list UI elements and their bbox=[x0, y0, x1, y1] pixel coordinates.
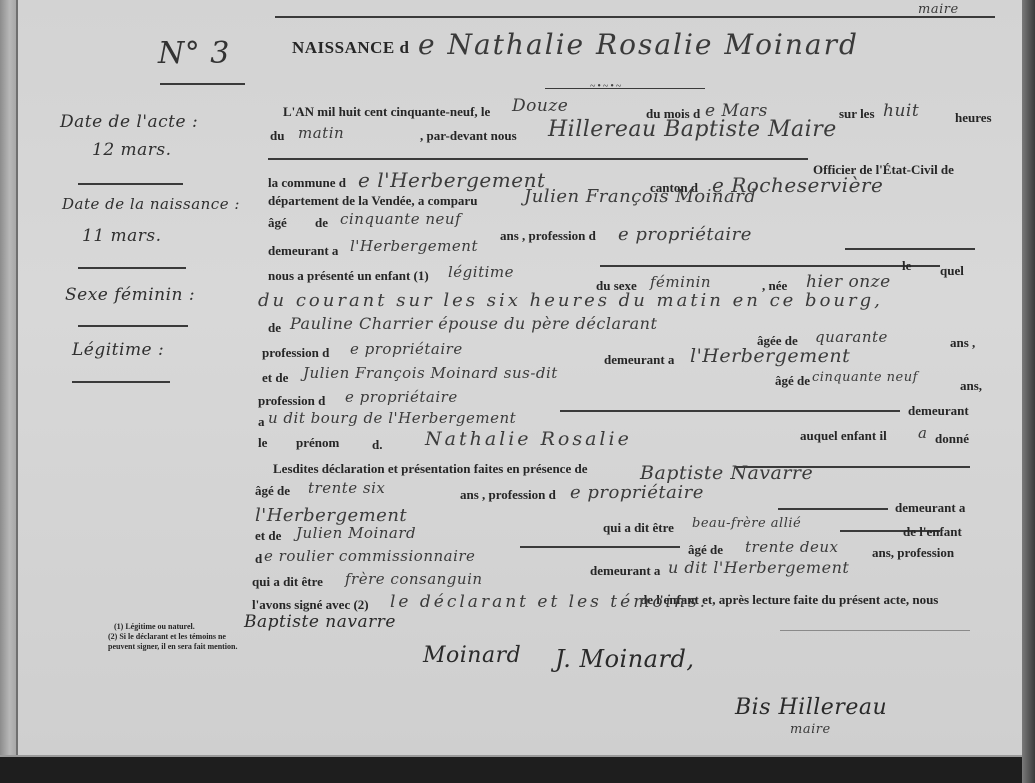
heading-ornament: ~•~•~ bbox=[590, 81, 623, 92]
hand-father-residence: u dit bourg de l'Herbergement bbox=[268, 409, 516, 427]
hand-declarant-profession: e propriétaire bbox=[618, 224, 752, 245]
margin-rule bbox=[78, 325, 188, 327]
hand-day: Douze bbox=[512, 96, 568, 116]
heading-label: NAISSANCE d bbox=[292, 38, 409, 58]
hand-mother: Pauline Charrier épouse du père déclaran… bbox=[290, 314, 657, 333]
hand-witness1-profession: e propriétaire bbox=[570, 482, 704, 503]
text-age-de: âgé de bbox=[255, 483, 290, 499]
hand-birth-time: du courant sur les six heures du matin e… bbox=[258, 290, 883, 311]
text-du: du bbox=[270, 128, 284, 144]
hand-witness2-residence: u dit l'Herbergement bbox=[668, 558, 849, 577]
text-le: le bbox=[902, 258, 911, 274]
hand-father-age: cinquante neuf bbox=[812, 370, 918, 385]
text-a: a bbox=[258, 414, 265, 430]
hand-witness1-residence: l'Herbergement bbox=[255, 505, 407, 526]
hand-witness2-profession: e roulier commissionnaire bbox=[264, 547, 475, 565]
hand-born: hier onze bbox=[806, 272, 891, 292]
text-demeurant: demeurant a bbox=[268, 243, 338, 259]
text-demeurant: demeurant a bbox=[604, 352, 674, 368]
margin-date-naissance-label: Date de la naissance : bbox=[62, 195, 240, 213]
fill-rule bbox=[560, 410, 900, 412]
register-page: maire N° 3 NAISSANCE d e Nathalie Rosali… bbox=[0, 0, 1022, 757]
fill-rule bbox=[778, 508, 888, 510]
entry-number: N° 3 bbox=[158, 36, 230, 71]
text-donne: donné bbox=[935, 431, 969, 447]
text-prenom: prénom bbox=[296, 435, 339, 451]
text-sur-les: sur les bbox=[839, 106, 875, 122]
margin-rule bbox=[72, 381, 170, 383]
hand-declarant-residence: l'Herbergement bbox=[350, 237, 478, 255]
text-commune: la commune d bbox=[268, 175, 346, 191]
text-quel: quel bbox=[940, 263, 964, 279]
text-avons-signe: l'avons signé avec (2) bbox=[252, 597, 369, 613]
text-age-de: âgé de bbox=[688, 542, 723, 558]
margin-rule bbox=[78, 183, 183, 185]
hand-father-profession: e propriétaire bbox=[345, 388, 458, 406]
signature-witness2: J. Moinard, bbox=[555, 645, 694, 673]
text-demeurant: demeurant a bbox=[895, 500, 965, 516]
hand-given-names: Nathalie Rosalie bbox=[425, 428, 632, 450]
hand-declarant-age: cinquante neuf bbox=[340, 210, 461, 228]
hand-officer-name: Hillereau Baptiste Maire bbox=[548, 117, 837, 142]
hand-time-of-day: matin bbox=[298, 124, 344, 142]
hand-witness1-age: trente six bbox=[308, 479, 385, 497]
signature-witness1: Baptiste navarre bbox=[244, 612, 396, 632]
hand-sex: féminin bbox=[650, 273, 711, 291]
text-et-de: et de bbox=[262, 370, 288, 386]
text-profession: ans , profession d bbox=[500, 228, 596, 244]
footnote-1: (1) Légitime ou naturel. bbox=[102, 622, 242, 632]
hand-witness1: Baptiste Navarre bbox=[640, 462, 813, 484]
text-de-lenfant: de l'enfant bbox=[903, 524, 962, 540]
text-par-devant: , par-devant nous bbox=[420, 128, 517, 144]
text-age-de: âgé de bbox=[775, 373, 810, 389]
margin-legitime: Légitime : bbox=[72, 340, 164, 360]
signature-mayor: Bis Hillereau bbox=[735, 695, 887, 720]
text-profession: profession d bbox=[258, 393, 325, 409]
text-lesdites: Lesdites déclaration et présentation fai… bbox=[273, 461, 587, 477]
hand-signatories: le déclarant et les témoins. bbox=[390, 592, 708, 612]
text-qui-a-dit-etre: qui a dit être bbox=[603, 520, 674, 536]
scan-right-edge bbox=[1022, 0, 1035, 783]
hand-witness1-relation: beau-frère allié bbox=[692, 516, 801, 531]
margin-sexe: Sexe féminin : bbox=[65, 285, 195, 305]
signature-declarant: Moinard bbox=[423, 643, 521, 668]
hand-witness2: Julien Moinard bbox=[296, 524, 416, 542]
hand-hour: huit bbox=[883, 101, 919, 121]
text-ans: ans , bbox=[950, 335, 975, 351]
fill-rule bbox=[845, 248, 975, 250]
margin-date-naissance-value: 11 mars. bbox=[82, 226, 162, 246]
margin-date-acte-value: 12 mars. bbox=[92, 140, 172, 160]
text-auquel-enfant: auquel enfant il bbox=[800, 428, 887, 444]
text-presente: nous a présenté un enfant (1) bbox=[268, 268, 429, 284]
fill-rule bbox=[520, 546, 680, 548]
text-de: de bbox=[268, 320, 281, 336]
text-qui-a-dit-etre: qui a dit être bbox=[252, 574, 323, 590]
officer-rule bbox=[268, 158, 808, 160]
text-demeurant: demeurant a bbox=[590, 563, 660, 579]
footnotes: (1) Légitime ou naturel. (2) Si le décla… bbox=[102, 622, 242, 652]
carryover-signature-title: maire bbox=[918, 2, 959, 17]
text-d: d. bbox=[372, 437, 382, 453]
margin-date-acte-label: Date de l'acte : bbox=[60, 112, 198, 132]
heading-ornament-rule bbox=[545, 88, 705, 89]
hand-witness2-relation: frère consanguin bbox=[345, 570, 483, 588]
hand-mother-residence: l'Herbergement bbox=[690, 345, 850, 367]
text-ans: ans, bbox=[960, 378, 982, 394]
text-year: L'AN mil huit cent cinquante-neuf, le bbox=[283, 104, 490, 120]
binding-edge bbox=[0, 0, 18, 755]
text-profession: ans , profession d bbox=[460, 487, 556, 503]
footnote-2: (2) Si le déclarant et les témoins ne pe… bbox=[102, 632, 242, 652]
fill-rule bbox=[780, 630, 970, 631]
hand-father: Julien François Moinard sus-dit bbox=[303, 364, 558, 382]
text-demeurant: demeurant bbox=[908, 403, 969, 419]
entry-number-underline bbox=[160, 83, 245, 85]
hand-declarant-name: Julien François Moinard bbox=[524, 186, 756, 207]
text-departement: département de la Vendée, a comparu bbox=[268, 193, 477, 209]
hand-witness2-age: trente deux bbox=[745, 538, 839, 556]
text-ans-profession: ans, profession bbox=[872, 545, 954, 561]
text-le: le bbox=[258, 435, 267, 451]
text-de: de bbox=[315, 215, 328, 231]
top-rule bbox=[275, 16, 995, 18]
child-full-name: e Nathalie Rosalie Moinard bbox=[418, 28, 859, 61]
text-profession: profession d bbox=[262, 345, 329, 361]
text-heures: heures bbox=[955, 110, 992, 126]
text-d: d bbox=[255, 551, 262, 567]
hand-mother-profession: e propriétaire bbox=[350, 340, 463, 358]
mayor-title: maire bbox=[790, 722, 831, 737]
hand-a: a bbox=[918, 424, 927, 442]
margin-rule bbox=[78, 267, 186, 269]
text-et-de: et de bbox=[255, 528, 281, 544]
hand-legitimacy: légitime bbox=[448, 263, 514, 281]
hand-mother-age: quarante bbox=[815, 328, 888, 346]
text-age: âgé bbox=[268, 215, 287, 231]
hand-commune: e l'Herbergement bbox=[358, 168, 545, 192]
fill-rule bbox=[600, 265, 940, 267]
